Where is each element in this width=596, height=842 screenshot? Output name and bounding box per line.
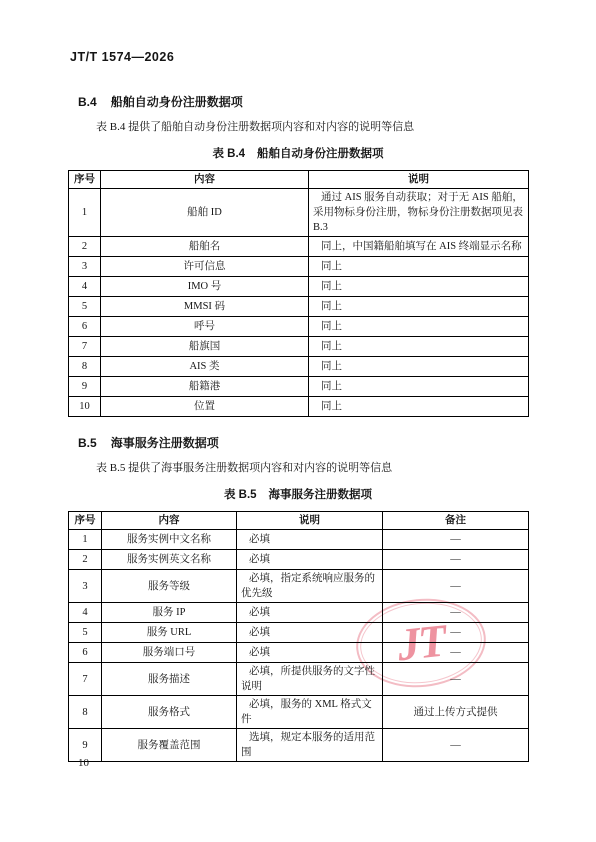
cell-seq: 10 [69,397,101,417]
cell-seq: 8 [69,357,101,377]
cell-content: 服务 IP [102,603,237,623]
cell-remark: 通过上传方式提供 [383,696,529,729]
table-row: 6 呼号 同上 [69,317,529,337]
cell-content: 服务端口号 [102,643,237,663]
table-row: 9 船籍港 同上 [69,377,529,397]
table-row: 3 服务等级 必填，指定系统响应服务的优先级 — [69,570,529,603]
cell-content: 船舶名 [101,237,309,257]
cell-note: 同上 [309,377,529,397]
table-row: 6 服务端口号 必填 — [69,643,529,663]
cell-content: 许可信息 [101,257,309,277]
cell-note: 必填 [237,623,383,643]
cell-seq: 3 [69,257,101,277]
cell-content: 船旗国 [101,337,309,357]
cell-note: 通过 AIS 服务自动获取；对于无 AIS 船舶，采用物标身份注册，物标身份注册… [309,189,529,237]
cell-content: 服务覆盖范围 [102,729,237,762]
table-row: 1 服务实例中文名称 必填 — [69,530,529,550]
table-row: 9 服务覆盖范围 选填，规定本服务的适用范围 — [69,729,529,762]
col-header-content: 内容 [101,171,309,189]
cell-note: 同上，中国籍船舶填写在 AIS 终端显示名称 [309,237,529,257]
cell-seq: 2 [69,237,101,257]
table-b5-header-row: 序号 内容 说明 备注 [69,512,529,530]
table-row: 8 服务格式 必填，服务的 XML 格式文件 通过上传方式提供 [69,696,529,729]
cell-content: 呼号 [101,317,309,337]
section-b5-number: B.5 [78,436,97,450]
cell-seq: 3 [69,570,102,603]
cell-seq: 1 [69,189,101,237]
section-b4-intro: 表 B.4 提供了船舶自动身份注册数据项内容和对内容的说明等信息 [96,120,596,134]
cell-note: 同上 [309,397,529,417]
cell-note: 同上 [309,357,529,377]
document-page: JT JT/T 1574—2026 B.4船舶自动身份注册数据项 表 B.4 提… [0,0,596,842]
table-row: 4 服务 IP 必填 — [69,603,529,623]
cell-remark: — [383,643,529,663]
cell-content: IMO 号 [101,277,309,297]
cell-seq: 8 [69,696,102,729]
table-b4-caption: 表 B.4船舶自动身份注册数据项 [0,145,596,161]
cell-content: 服务实例英文名称 [102,550,237,570]
table-b5-caption: 表 B.5海事服务注册数据项 [0,486,596,502]
page-number: 10 [78,757,89,769]
cell-seq: 6 [69,643,102,663]
table-b5-caption-label: 表 B.5 [224,489,257,501]
section-b4-title: 船舶自动身份注册数据项 [111,95,243,109]
cell-note: 必填，服务的 XML 格式文件 [237,696,383,729]
cell-seq: 5 [69,623,102,643]
section-b4-number: B.4 [78,95,97,109]
cell-content: 服务描述 [102,663,237,696]
cell-content: 服务格式 [102,696,237,729]
table-b4-caption-title: 船舶自动身份注册数据项 [257,148,384,160]
cell-seq: 1 [69,530,102,550]
col-header-content: 内容 [102,512,237,530]
table-row: 5 MMSI 码 同上 [69,297,529,317]
cell-note: 选填，规定本服务的适用范围 [237,729,383,762]
cell-note: 必填 [237,530,383,550]
col-header-seq: 序号 [69,171,101,189]
section-b5-heading: B.5海事服务注册数据项 [78,434,596,451]
cell-note: 必填 [237,603,383,623]
cell-remark: — [383,663,529,696]
cell-note: 同上 [309,257,529,277]
cell-seq: 2 [69,550,102,570]
standard-code: JT/T 1574—2026 [70,50,174,64]
table-b4-caption-label: 表 B.4 [212,148,245,160]
cell-content: 服务等级 [102,570,237,603]
table-b5-caption-title: 海事服务注册数据项 [269,489,373,501]
cell-note: 同上 [309,277,529,297]
cell-seq: 9 [69,377,101,397]
cell-content: 位置 [101,397,309,417]
cell-remark: — [383,570,529,603]
cell-note: 必填 [237,550,383,570]
cell-note: 同上 [309,317,529,337]
table-row: 10 位置 同上 [69,397,529,417]
col-header-note: 说明 [237,512,383,530]
cell-remark: — [383,530,529,550]
cell-seq: 4 [69,277,101,297]
cell-content: AIS 类 [101,357,309,377]
section-b5-title: 海事服务注册数据项 [111,436,219,450]
cell-remark: — [383,603,529,623]
cell-remark: — [383,729,529,762]
cell-content: 船籍港 [101,377,309,397]
cell-seq: 5 [69,297,101,317]
cell-content: 服务实例中文名称 [102,530,237,550]
col-header-seq: 序号 [69,512,102,530]
cell-note: 同上 [309,297,529,317]
table-row: 3 许可信息 同上 [69,257,529,277]
cell-seq: 4 [69,603,102,623]
cell-note: 同上 [309,337,529,357]
col-header-remark: 备注 [383,512,529,530]
table-row: 5 服务 URL 必填 — [69,623,529,643]
cell-note: 必填，指定系统响应服务的优先级 [237,570,383,603]
cell-note: 必填，所提供服务的文字性说明 [237,663,383,696]
table-b4-header-row: 序号 内容 说明 [69,171,529,189]
table-row: 7 船旗国 同上 [69,337,529,357]
cell-content: 服务 URL [102,623,237,643]
table-b5: 序号 内容 说明 备注 1 服务实例中文名称 必填 — 2 服务实例英文名称 必… [68,511,529,762]
table-row: 7 服务描述 必填，所提供服务的文字性说明 — [69,663,529,696]
cell-content: 船舶 ID [101,189,309,237]
table-row: 8 AIS 类 同上 [69,357,529,377]
table-b4: 序号 内容 说明 1 船舶 ID 通过 AIS 服务自动获取；对于无 AIS 船… [68,170,529,417]
table-row: 2 服务实例英文名称 必填 — [69,550,529,570]
table-row: 4 IMO 号 同上 [69,277,529,297]
cell-remark: — [383,550,529,570]
cell-content: MMSI 码 [101,297,309,317]
cell-seq: 6 [69,317,101,337]
cell-remark: — [383,623,529,643]
cell-seq: 7 [69,663,102,696]
table-row: 1 船舶 ID 通过 AIS 服务自动获取；对于无 AIS 船舶，采用物标身份注… [69,189,529,237]
cell-note: 必填 [237,643,383,663]
section-b5-intro: 表 B.5 提供了海事服务注册数据项内容和对内容的说明等信息 [96,461,596,475]
col-header-note: 说明 [309,171,529,189]
table-row: 2 船舶名 同上，中国籍船舶填写在 AIS 终端显示名称 [69,237,529,257]
cell-seq: 7 [69,337,101,357]
